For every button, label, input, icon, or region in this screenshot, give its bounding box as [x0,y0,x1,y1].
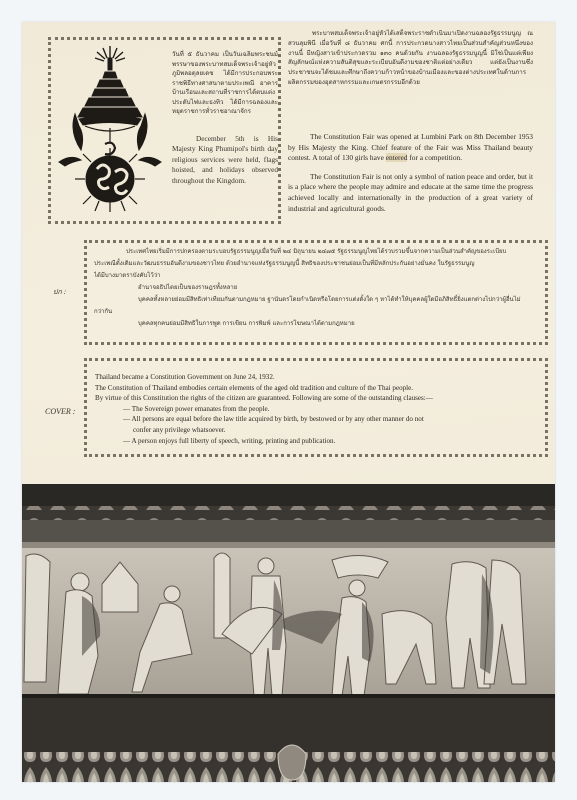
thai-line: ได้มีบางมาตราบังคับไว้ว่า [94,270,538,282]
thai-line: ประเพณีดั้งเดิมและวัฒนธรรมอันดีงามของชาว… [94,258,538,270]
cover-clause: — All persons are equal before the law t… [95,414,535,425]
birthday-notice-english: December 5th is His Majesty King Phumipo… [172,134,278,186]
thai-cover-text: ประเทศไทยเริ่มมีการปกครองตามระบอบรัฐธรรม… [94,246,538,330]
royal-cypher-emblem-icon [55,44,165,214]
thai-line: ประเทศไทยเริ่มมีการปกครองตามระบอบรัฐธรรม… [94,246,538,258]
cover-line: The Constitution of Thailand embodies ce… [95,383,535,394]
thai-line: อำนาจอธิปไตยเป็นของราษฎรทั้งหลาย [94,282,538,294]
highlighted-word: entered [386,153,408,162]
cover-clause: — The Sovereign power emanates from the … [95,404,535,415]
fair-paragraph-2: The Constitution Fair is not only a symb… [288,172,533,214]
birthday-notice-thai: วันที่ ๕ ธันวาคม เป็นวันเฉลิมพระชนม์พรรษ… [172,50,278,117]
constitution-fair-thai: พระบาทสมเด็จพระเจ้าอยู่หัวได้เสด็จพระราช… [288,29,533,88]
cover-line: Thailand became a Constitution Governmen… [95,372,535,383]
cover-caption-text: Thailand became a Constitution Governmen… [95,372,535,446]
cover-label: COVER : [45,407,75,416]
stone-relief-photo [22,484,555,782]
thai-line: บุคคลทั้งหลายย่อมมีสิทธิเท่าเทียมกันตามก… [94,294,538,306]
cover-clause-continued: confer any privilege whatsoever. [95,425,535,436]
cover-clause: — A person enjoys full liberty of speech… [95,436,535,447]
magazine-page: วันที่ ๕ ธันวาคม เป็นวันเฉลิมพระชนม์พรรษ… [22,22,555,782]
cover-line: By virtue of this Constitution the right… [95,393,535,404]
thai-cover-label: ปก : [53,287,66,298]
constitution-fair-english: The Constitution Fair was opened at Lumb… [288,132,533,222]
fair-paragraph-1: The Constitution Fair was opened at Lumb… [288,132,533,164]
thai-line: บุคคลทุกคนย่อมมีสิทธิในการพูด การเขียน ก… [94,318,538,330]
relief-frieze-image [22,484,555,782]
thai-line: กว่ากัน [94,306,538,318]
